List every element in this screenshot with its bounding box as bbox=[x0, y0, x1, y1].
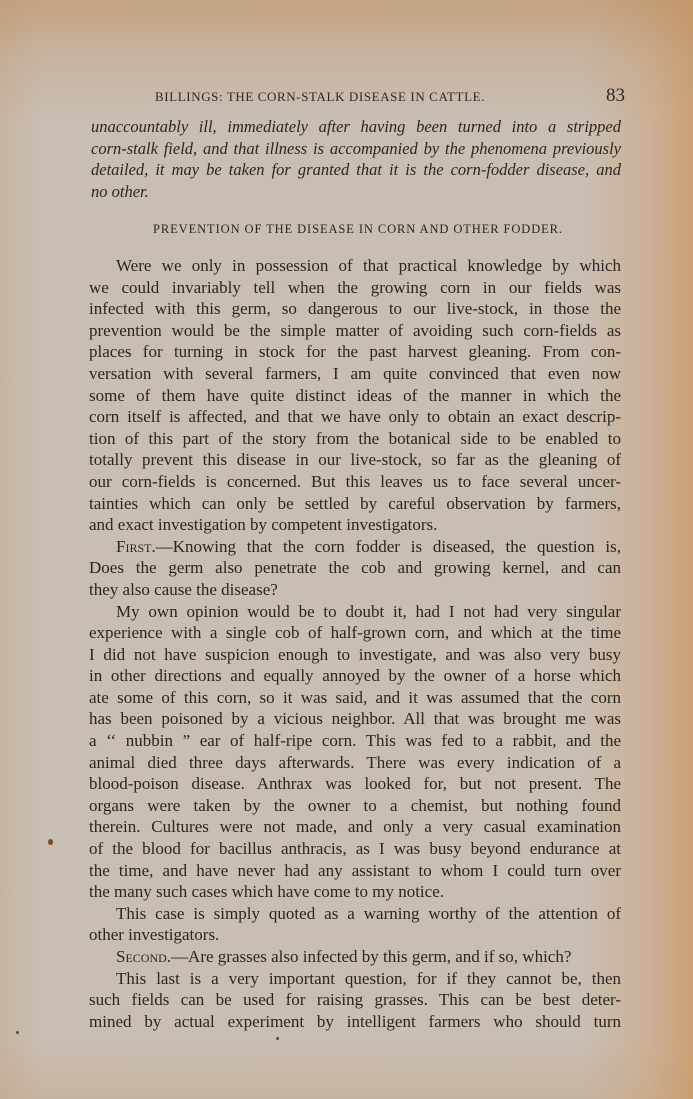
paragraph-second-question: Second.—Are grasses also infected by thi… bbox=[89, 946, 621, 968]
text-line: such fields can be used for raising gras… bbox=[89, 989, 621, 1011]
text-line: versation with several farmers, I am qui… bbox=[89, 363, 621, 385]
paper-stain bbox=[48, 839, 53, 845]
text-line: our corn-fields is concerned. But this l… bbox=[89, 471, 621, 493]
text-line: the time, and have never had any assista… bbox=[89, 860, 621, 882]
running-head-title: BILLINGS: THE CORN-STALK DISEASE IN CATT… bbox=[155, 89, 485, 105]
text-line: organs were taken by the owner to a chem… bbox=[89, 795, 621, 817]
paragraph: My own opinion would be to doubt it, had… bbox=[89, 601, 621, 903]
text-line: no other. bbox=[91, 181, 621, 203]
text-line: they also cause the disease? bbox=[89, 579, 621, 601]
text-line: some of them have quite distinct ideas o… bbox=[89, 385, 621, 407]
lead-word: Second. bbox=[116, 947, 171, 966]
text-line: My own opinion would be to doubt it, had… bbox=[89, 601, 621, 623]
text-line: in other directions and equally annoyed … bbox=[89, 665, 621, 687]
text-line: corn itself is affected, and that we hav… bbox=[89, 406, 621, 428]
text-line: I did not have suspicion enough to inves… bbox=[89, 644, 621, 666]
text-line: places for turning in stock for the past… bbox=[89, 341, 621, 363]
text-line: detailed, it may be taken for granted th… bbox=[91, 159, 621, 181]
text-line: Second.—Are grasses also infected by thi… bbox=[89, 946, 621, 968]
text-line: infected with this germ, so dangerous to… bbox=[89, 298, 621, 320]
italic-paragraph: unaccountably ill, immediately after hav… bbox=[89, 116, 621, 202]
body-text: unaccountably ill, immediately after hav… bbox=[89, 116, 621, 1032]
running-head: BILLINGS: THE CORN-STALK DISEASE IN CATT… bbox=[155, 85, 625, 107]
text-line: First.—Knowing that the corn fodder is d… bbox=[89, 536, 621, 558]
page-number: 83 bbox=[606, 85, 625, 107]
text-line: and exact investigation by competent inv… bbox=[89, 514, 621, 536]
text-line: totally prevent this disease in our live… bbox=[89, 449, 621, 471]
text-line: unaccountably ill, immediately after hav… bbox=[91, 116, 621, 138]
paragraph: Were we only in possession of that pract… bbox=[89, 255, 621, 536]
text-line: animal died three days afterwards. There… bbox=[89, 752, 621, 774]
section-heading: PREVENTION OF THE DISEASE IN CORN AND OT… bbox=[89, 222, 621, 237]
text-line: corn-stalk field, and that illness is ac… bbox=[91, 138, 621, 160]
text-line: has been poisoned by a vicious neighbor.… bbox=[89, 708, 621, 730]
text-line: This case is simply quoted as a warning … bbox=[89, 903, 621, 925]
lead-word: First. bbox=[116, 537, 156, 556]
paper-speck bbox=[16, 1031, 19, 1034]
paragraph-first-question: First.—Knowing that the corn fodder is d… bbox=[89, 536, 621, 601]
text-line: experience with a single cob of half-gro… bbox=[89, 622, 621, 644]
text-line: prevention would be the simple matter of… bbox=[89, 320, 621, 342]
text-line: This last is a very important question, … bbox=[89, 968, 621, 990]
text-line: the many such cases which have come to m… bbox=[89, 881, 621, 903]
paragraph: This last is a very important question, … bbox=[89, 968, 621, 1033]
text-line: mined by actual experiment by intelligen… bbox=[89, 1011, 621, 1033]
text-line: Does the germ also penetrate the cob and… bbox=[89, 557, 621, 579]
text-line: tainties which can only be settled by ca… bbox=[89, 493, 621, 515]
text-line: other investigators. bbox=[89, 924, 621, 946]
paragraph: This case is simply quoted as a warning … bbox=[89, 903, 621, 946]
text-line: therein. Cultures were not made, and onl… bbox=[89, 816, 621, 838]
book-page: BILLINGS: THE CORN-STALK DISEASE IN CATT… bbox=[0, 0, 693, 1099]
paper-speck bbox=[276, 1037, 279, 1040]
text-line: we could invariably tell when the growin… bbox=[89, 277, 621, 299]
text-line: Were we only in possession of that pract… bbox=[89, 255, 621, 277]
text-line: of the blood for bacillus anthracis, as … bbox=[89, 838, 621, 860]
text-line: blood-poison disease. Anthrax was looked… bbox=[89, 773, 621, 795]
text-line: a ‘‘ nubbin ” ear of half-ripe corn. Thi… bbox=[89, 730, 621, 752]
text-line: ate some of this corn, so it was said, a… bbox=[89, 687, 621, 709]
text-line: tion of this part of the story from the … bbox=[89, 428, 621, 450]
